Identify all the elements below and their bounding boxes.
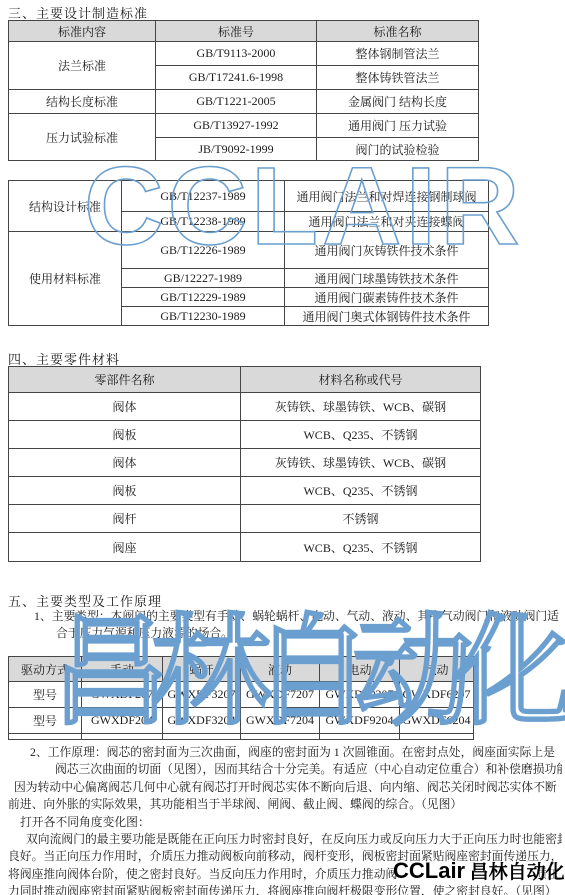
cell-model: GWXDF7207 [241, 682, 320, 708]
cell-material: 灰铸铁、球墨铸铁、WCB、碳钢 [241, 449, 481, 477]
col-header: 手动 [82, 657, 163, 682]
col-header: 液动 [241, 657, 320, 682]
table-row: 阀板 WCB、Q235、不锈钢 [9, 421, 481, 449]
cell-standard-no: GB/T12230-1989 [122, 307, 285, 326]
table-header-row: 零部件名称 材料名称或代号 [9, 367, 481, 393]
cclair-logo-watermark: CCLair 昌林自动化 [393, 857, 565, 884]
cell-standard-name: 阀门的试验检验 [317, 138, 479, 161]
cell-standard-no: GB/T12237-1989 [122, 181, 285, 212]
col-header: 蜗杆 [163, 657, 241, 682]
logo-latin-text: CCLair [393, 858, 465, 883]
col-header: 材料名称或代号 [241, 367, 481, 393]
logo-cjk-text: 昌林自动化 [470, 862, 565, 883]
text-line: 2、工作原理：阀芯的密封面为三次曲面，阀座的密封面为 1 次圆锥面。在密封点处，… [8, 744, 562, 761]
standards-table: 标准内容 标准号 标准名称 法兰标准 GB/T9113-2000 整体钢制管法兰… [8, 20, 479, 161]
table-header-row: 驱动方式 手动 蜗杆 液动 电动 气动 [9, 657, 474, 682]
cell-part: 阀体 [9, 393, 241, 421]
materials-table: 零部件名称 材料名称或代号 阀体 灰铸铁、球墨铸铁、WCB、碳钢 阀板 WCB、… [8, 366, 481, 562]
table-row: 阀体 灰铸铁、球墨铸铁、WCB、碳钢 [9, 449, 481, 477]
col-header: 气动 [400, 657, 474, 682]
cell-part: 阀座 [9, 533, 241, 562]
col-header: 电动 [320, 657, 400, 682]
col-header: 标准内容 [9, 21, 156, 42]
cell-standard-name: 通用阀门灰铸铁件技术条件 [285, 232, 489, 269]
table-row: 结构长度标准 GB/T1221-2005 金属阀门 结构长度 [9, 90, 479, 114]
table-row-empty [9, 734, 474, 740]
cell-category: 压力试验标准 [9, 114, 156, 161]
document-page: 三、主要设计制造标准 标准内容 标准号 标准名称 法兰标准 GB/T9113-2… [0, 0, 565, 895]
cell-part: 阀体 [9, 449, 241, 477]
text-line: 阀芯三次曲面的切面（见图），因而其结合十分完美。有适应（中心自动定位重合）和补偿… [8, 761, 562, 778]
cell-material: WCB、Q235、不锈钢 [241, 421, 481, 449]
col-header: 零部件名称 [9, 367, 241, 393]
cell-material: 不锈钢 [241, 505, 481, 533]
text-line: 力同时推动阀座密封面紧贴阀板密封面传递压力，将阀座推向阀杆极限变形位置，使之密封… [8, 883, 562, 895]
cell-category: 结构长度标准 [9, 90, 156, 114]
cell-row-label: 型号 [9, 682, 82, 708]
table-row: 法兰标准 GB/T9113-2000 整体钢制管法兰 [9, 42, 479, 66]
table-row: 型号 GWXDF204 GWXDF3204 GWXDF7204 GWXDF920… [9, 708, 474, 734]
table-row: 阀板 WCB、Q235、不锈钢 [9, 477, 481, 505]
cell-model: GWXDF6207 [400, 682, 474, 708]
cell-model: GWXDF3207 [163, 682, 241, 708]
cell-category: 结构设计标准 [9, 181, 122, 232]
table-header-row: 标准内容 标准号 标准名称 [9, 21, 479, 42]
text-line: 双向流阀门的最主要功能是既能在正向压力时密封良好，在反向压力或反向压力大于正向压… [8, 831, 562, 848]
cell-model: GWXDF9204 [320, 708, 400, 734]
design-standards-table: 结构设计标准 GB/T12237-1989 通用阀门法兰和对焊连接钢制球阀 GB… [8, 180, 489, 326]
cell-part: 阀杆 [9, 505, 241, 533]
text-segment: 将阀座推向阀体台阶，使之密封良好。当反向压力作用时，介质压力推动阀 [8, 867, 397, 881]
cell-standard-no: GB/T12238-1989 [122, 212, 285, 232]
cell-standard-name: 通用阀门法兰和对焊连接钢制球阀 [285, 181, 489, 212]
col-header: 驱动方式 [9, 657, 82, 682]
text-line: 前进、向外胀的实际效果，其功能相当于半球阀、闸阀、截止阀、蝶阀的综合。（见图） [8, 796, 562, 813]
cell-standard-name: 通用阀门碳素铸件技术条件 [285, 288, 489, 307]
cell-row-label: 型号 [9, 708, 82, 734]
cell-model: GWXDF204 [82, 708, 163, 734]
cell-standard-name: 通用阀门 压力试验 [317, 114, 479, 138]
types-text-line: 合于压力气源和压力液源的场合。 [56, 624, 233, 641]
table-row: 使用材料标准 GB/T12226-1989 通用阀门灰铸铁件技术条件 [9, 232, 489, 269]
cell-material: WCB、Q235、不锈钢 [241, 533, 481, 562]
types-text-line: 1、主要类型：本阀门的主要类型有手动、蜗轮蜗杆、电动、气动、液动、其中气动阀门和… [34, 607, 559, 624]
cell-model: GWXDF7204 [241, 708, 320, 734]
table-row: 阀杆 不锈钢 [9, 505, 481, 533]
cell-standard-no: GB/T1221-2005 [156, 90, 317, 114]
cell-model: GWXDF3204 [163, 708, 241, 734]
text-line: 因为转动中心偏离阀芯几何中心就有阀芯打开时阀芯实体不断向后退、向内缩、阀芯关闭时… [8, 779, 562, 796]
cell-standard-no: GB/T17241.6-1998 [156, 66, 317, 90]
cell-model: GWXDF6204 [400, 708, 474, 734]
cell-part: 阀板 [9, 421, 241, 449]
table-row: 阀座 WCB、Q235、不锈钢 [9, 533, 481, 562]
cell-part: 阀板 [9, 477, 241, 505]
cell-standard-name: 整体铸铁管法兰 [317, 66, 479, 90]
cell-standard-name: 整体钢制管法兰 [317, 42, 479, 66]
table-row: 压力试验标准 GB/T13927-1992 通用阀门 压力试验 [9, 114, 479, 138]
cell-category: 使用材料标准 [9, 232, 122, 326]
cell-material: 灰铸铁、球墨铸铁、WCB、碳钢 [241, 393, 481, 421]
cell-standard-no: GB/12227-1989 [122, 269, 285, 288]
cell-model: GWXDF207 [82, 682, 163, 708]
cell-material: WCB、Q235、不锈钢 [241, 477, 481, 505]
cell-standard-name: 通用阀门球墨铸铁技术条件 [285, 269, 489, 288]
table-row: 型号 GWXDF207 GWXDF3207 GWXDF7207 GWXDF920… [9, 682, 474, 708]
cell-standard-no: GB/T12229-1989 [122, 288, 285, 307]
cell-model: GWXDF9207 [320, 682, 400, 708]
table-row: 结构设计标准 GB/T12237-1989 通用阀门法兰和对焊连接钢制球阀 [9, 181, 489, 212]
cell-standard-no: GB/T13927-1992 [156, 114, 317, 138]
models-table: 驱动方式 手动 蜗杆 液动 电动 气动 型号 GWXDF207 GWXDF320… [8, 656, 474, 740]
cell-standard-name: 通用阀门法兰和对夹连接蝶阀 [285, 212, 489, 232]
cell-standard-no: GB/T12226-1989 [122, 232, 285, 269]
cell-standard-no: GB/T9113-2000 [156, 42, 317, 66]
cell-standard-name: 通用阀门奥式体钢铸件技术条件 [285, 307, 489, 326]
table-row: 阀体 灰铸铁、球墨铸铁、WCB、碳钢 [9, 393, 481, 421]
cell-standard-no: JB/T9092-1999 [156, 138, 317, 161]
col-header: 标准名称 [317, 21, 479, 42]
cell-standard-name: 金属阀门 结构长度 [317, 90, 479, 114]
text-line: 打开各不同角度变化图： [8, 814, 562, 831]
cell-category: 法兰标准 [9, 42, 156, 90]
col-header: 标准号 [156, 21, 317, 42]
